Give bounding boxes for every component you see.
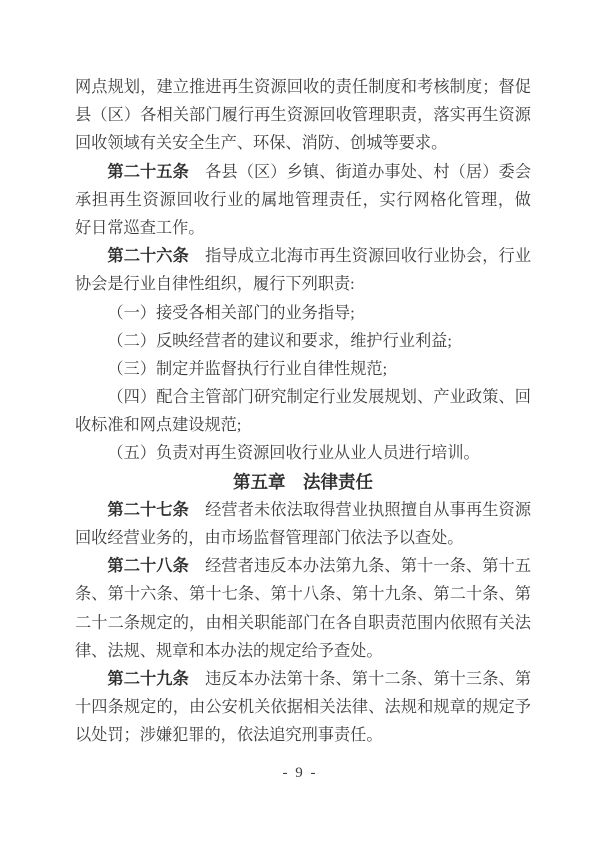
page-number: - 9 -	[0, 763, 600, 783]
text-line: 二十二条规定的，由相关职能部门在各自职责范围内依照有关法	[75, 609, 531, 637]
line-text: （四）配合主管部门研究制定行业发展规划、产业政策、回	[107, 388, 531, 406]
line-text: 条、第十六条、第十七条、第十八条、第十九条、第二十条、第	[75, 585, 531, 603]
line-text: （五）负责对再生资源回收行业从业人员进行培训。	[107, 444, 479, 462]
line-text: 回收经营业务的，由市场监督管理部门依法予以查处。	[75, 529, 464, 547]
text-line: 第二十五条各县（区）乡镇、街道办事处、村（居）委会	[75, 158, 531, 186]
line-text: 十四条规定的，由公安机关依据相关法律、法规和规章的规定予	[75, 698, 531, 716]
line-text: 承担再生资源回收行业的属地管理责任，实行网格化管理，做	[75, 191, 531, 209]
line-text: 协会是行业自律性组织，履行下列职责:	[75, 275, 355, 293]
text-line: 回收领域有关安全生产、环保、消防、创城等要求。	[75, 129, 531, 157]
text-line: 律、法规、规章和本办法的规定给予查处。	[75, 637, 531, 665]
document-page: 网点规划，建立推进再生资源回收的责任制度和考核制度；督促 县（区）各相关部门履行…	[75, 73, 531, 750]
text-line: 收标准和网点建设规范;	[75, 411, 531, 439]
text-line: 好日常巡查工作。	[75, 214, 531, 242]
line-text: 好日常巡查工作。	[75, 219, 205, 237]
article-number: 第二十九条	[107, 670, 189, 688]
text-line: 以处罚；涉嫌犯罪的，依法追究刑事责任。	[75, 721, 531, 749]
line-text: （二）反映经营者的建议和要求，维护行业利益;	[107, 332, 451, 350]
line-text: 经营者违反本办法第九条、第十一条、第十五	[205, 557, 531, 575]
text-line: 协会是行业自律性组织，履行下列职责:	[75, 270, 531, 298]
line-text: （一）接受各相关部门的业务指导;	[107, 304, 354, 322]
text-line: （一）接受各相关部门的业务指导;	[75, 299, 531, 327]
text-line: 第二十七条经营者未依法取得营业执照擅自从事再生资源	[75, 496, 531, 524]
line-text: 网点规划，建立推进再生资源回收的责任制度和考核制度；督促	[75, 78, 531, 96]
text-line: 网点规划，建立推进再生资源回收的责任制度和考核制度；督促	[75, 73, 531, 101]
line-text: 律、法规、规章和本办法的规定给予查处。	[75, 642, 383, 660]
text-line: （二）反映经营者的建议和要求，维护行业利益;	[75, 327, 531, 355]
article-number: 第二十七条	[107, 501, 189, 519]
text-line: 第二十九条违反本办法第十条、第十二条、第十三条、第	[75, 665, 531, 693]
line-text: 各县（区）乡镇、街道办事处、村（居）委会	[205, 163, 531, 181]
chapter-heading: 第五章 法律责任	[75, 468, 531, 496]
article-number: 第二十六条	[107, 247, 189, 265]
line-text: 指导成立北海市再生资源回收行业协会，行业	[205, 247, 531, 265]
text-line: 第二十八条经营者违反本办法第九条、第十一条、第十五	[75, 552, 531, 580]
text-line: 承担再生资源回收行业的属地管理责任，实行网格化管理，做	[75, 186, 531, 214]
line-text: 违反本办法第十条、第十二条、第十三条、第	[205, 670, 531, 688]
line-text: （三）制定并监督执行行业自律性规范;	[107, 360, 387, 378]
line-text: 回收领域有关安全生产、环保、消防、创城等要求。	[75, 134, 447, 152]
text-line: 回收经营业务的，由市场监督管理部门依法予以查处。	[75, 524, 531, 552]
text-line: （三）制定并监督执行行业自律性规范;	[75, 355, 531, 383]
text-line: 第二十六条指导成立北海市再生资源回收行业协会，行业	[75, 242, 531, 270]
text-line: 十四条规定的，由公安机关依据相关法律、法规和规章的规定予	[75, 693, 531, 721]
article-number: 第二十八条	[107, 557, 189, 575]
text-line: 县（区）各相关部门履行再生资源回收管理职责，落实再生资源	[75, 101, 531, 129]
line-text: 经营者未依法取得营业执照擅自从事再生资源	[205, 501, 531, 519]
line-text: 县（区）各相关部门履行再生资源回收管理职责，落实再生资源	[75, 106, 531, 124]
text-line: （四）配合主管部门研究制定行业发展规划、产业政策、回	[75, 383, 531, 411]
text-line: （五）负责对再生资源回收行业从业人员进行培训。	[75, 439, 531, 467]
text-line: 条、第十六条、第十七条、第十八条、第十九条、第二十条、第	[75, 580, 531, 608]
article-number: 第二十五条	[107, 163, 189, 181]
line-text: 二十二条规定的，由相关职能部门在各自职责范围内依照有关法	[75, 614, 531, 632]
line-text: 收标准和网点建设规范;	[75, 416, 241, 434]
line-text: 以处罚；涉嫌犯罪的，依法追究刑事责任。	[75, 726, 383, 744]
